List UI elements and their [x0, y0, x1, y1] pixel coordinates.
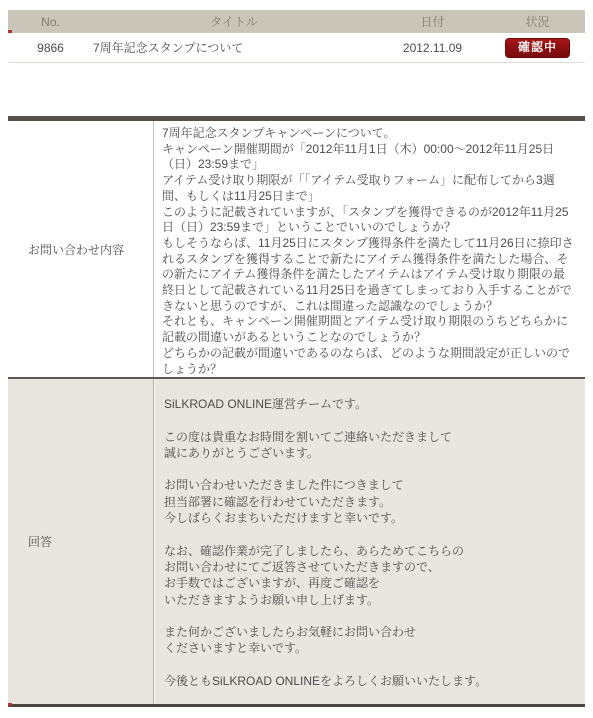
inquiry-content-text: 7周年記念スタンプキャンペーンについて。 キャンペーン開催期間が「2012年11…: [154, 121, 585, 377]
inquiry-list-row[interactable]: 9866 7周年記念スタンプについて 2012.11.09 確認中: [8, 33, 585, 63]
inquiry-title: 7周年記念スタンプについて: [93, 39, 375, 56]
answer-label: 回答: [8, 379, 154, 704]
column-header-status: 状況: [490, 13, 585, 30]
inquiry-content-label: お問い合わせ内容: [8, 121, 154, 377]
inquiry-date: 2012.11.09: [375, 41, 490, 55]
status-cell: 確認中: [490, 38, 585, 58]
column-header-no: No.: [8, 15, 93, 29]
inquiry-detail-table: お問い合わせ内容 7周年記念スタンプキャンペーンについて。 キャンペーン開催期間…: [8, 116, 585, 707]
corner-accent-mark: [8, 30, 12, 33]
inquiry-page: No. タイトル 日付 状況 9866 7周年記念スタンプについて 2012.1…: [8, 10, 585, 707]
inquiry-content-row: お問い合わせ内容 7周年記念スタンプキャンペーンについて。 キャンペーン開催期間…: [8, 121, 585, 377]
corner-accent-mark: [8, 703, 12, 706]
column-header-title: タイトル: [93, 13, 375, 30]
answer-text: SiLKROAD ONLINE運営チームです。 この度は貴重なお時間を割いてご連…: [154, 379, 585, 704]
inquiry-list-header: No. タイトル 日付 状況: [8, 10, 585, 33]
column-header-date: 日付: [375, 13, 490, 30]
answer-row: 回答 SiLKROAD ONLINE運営チームです。 この度は貴重なお時間を割い…: [8, 377, 585, 704]
inquiry-number: 9866: [8, 41, 93, 55]
status-badge: 確認中: [505, 38, 570, 58]
